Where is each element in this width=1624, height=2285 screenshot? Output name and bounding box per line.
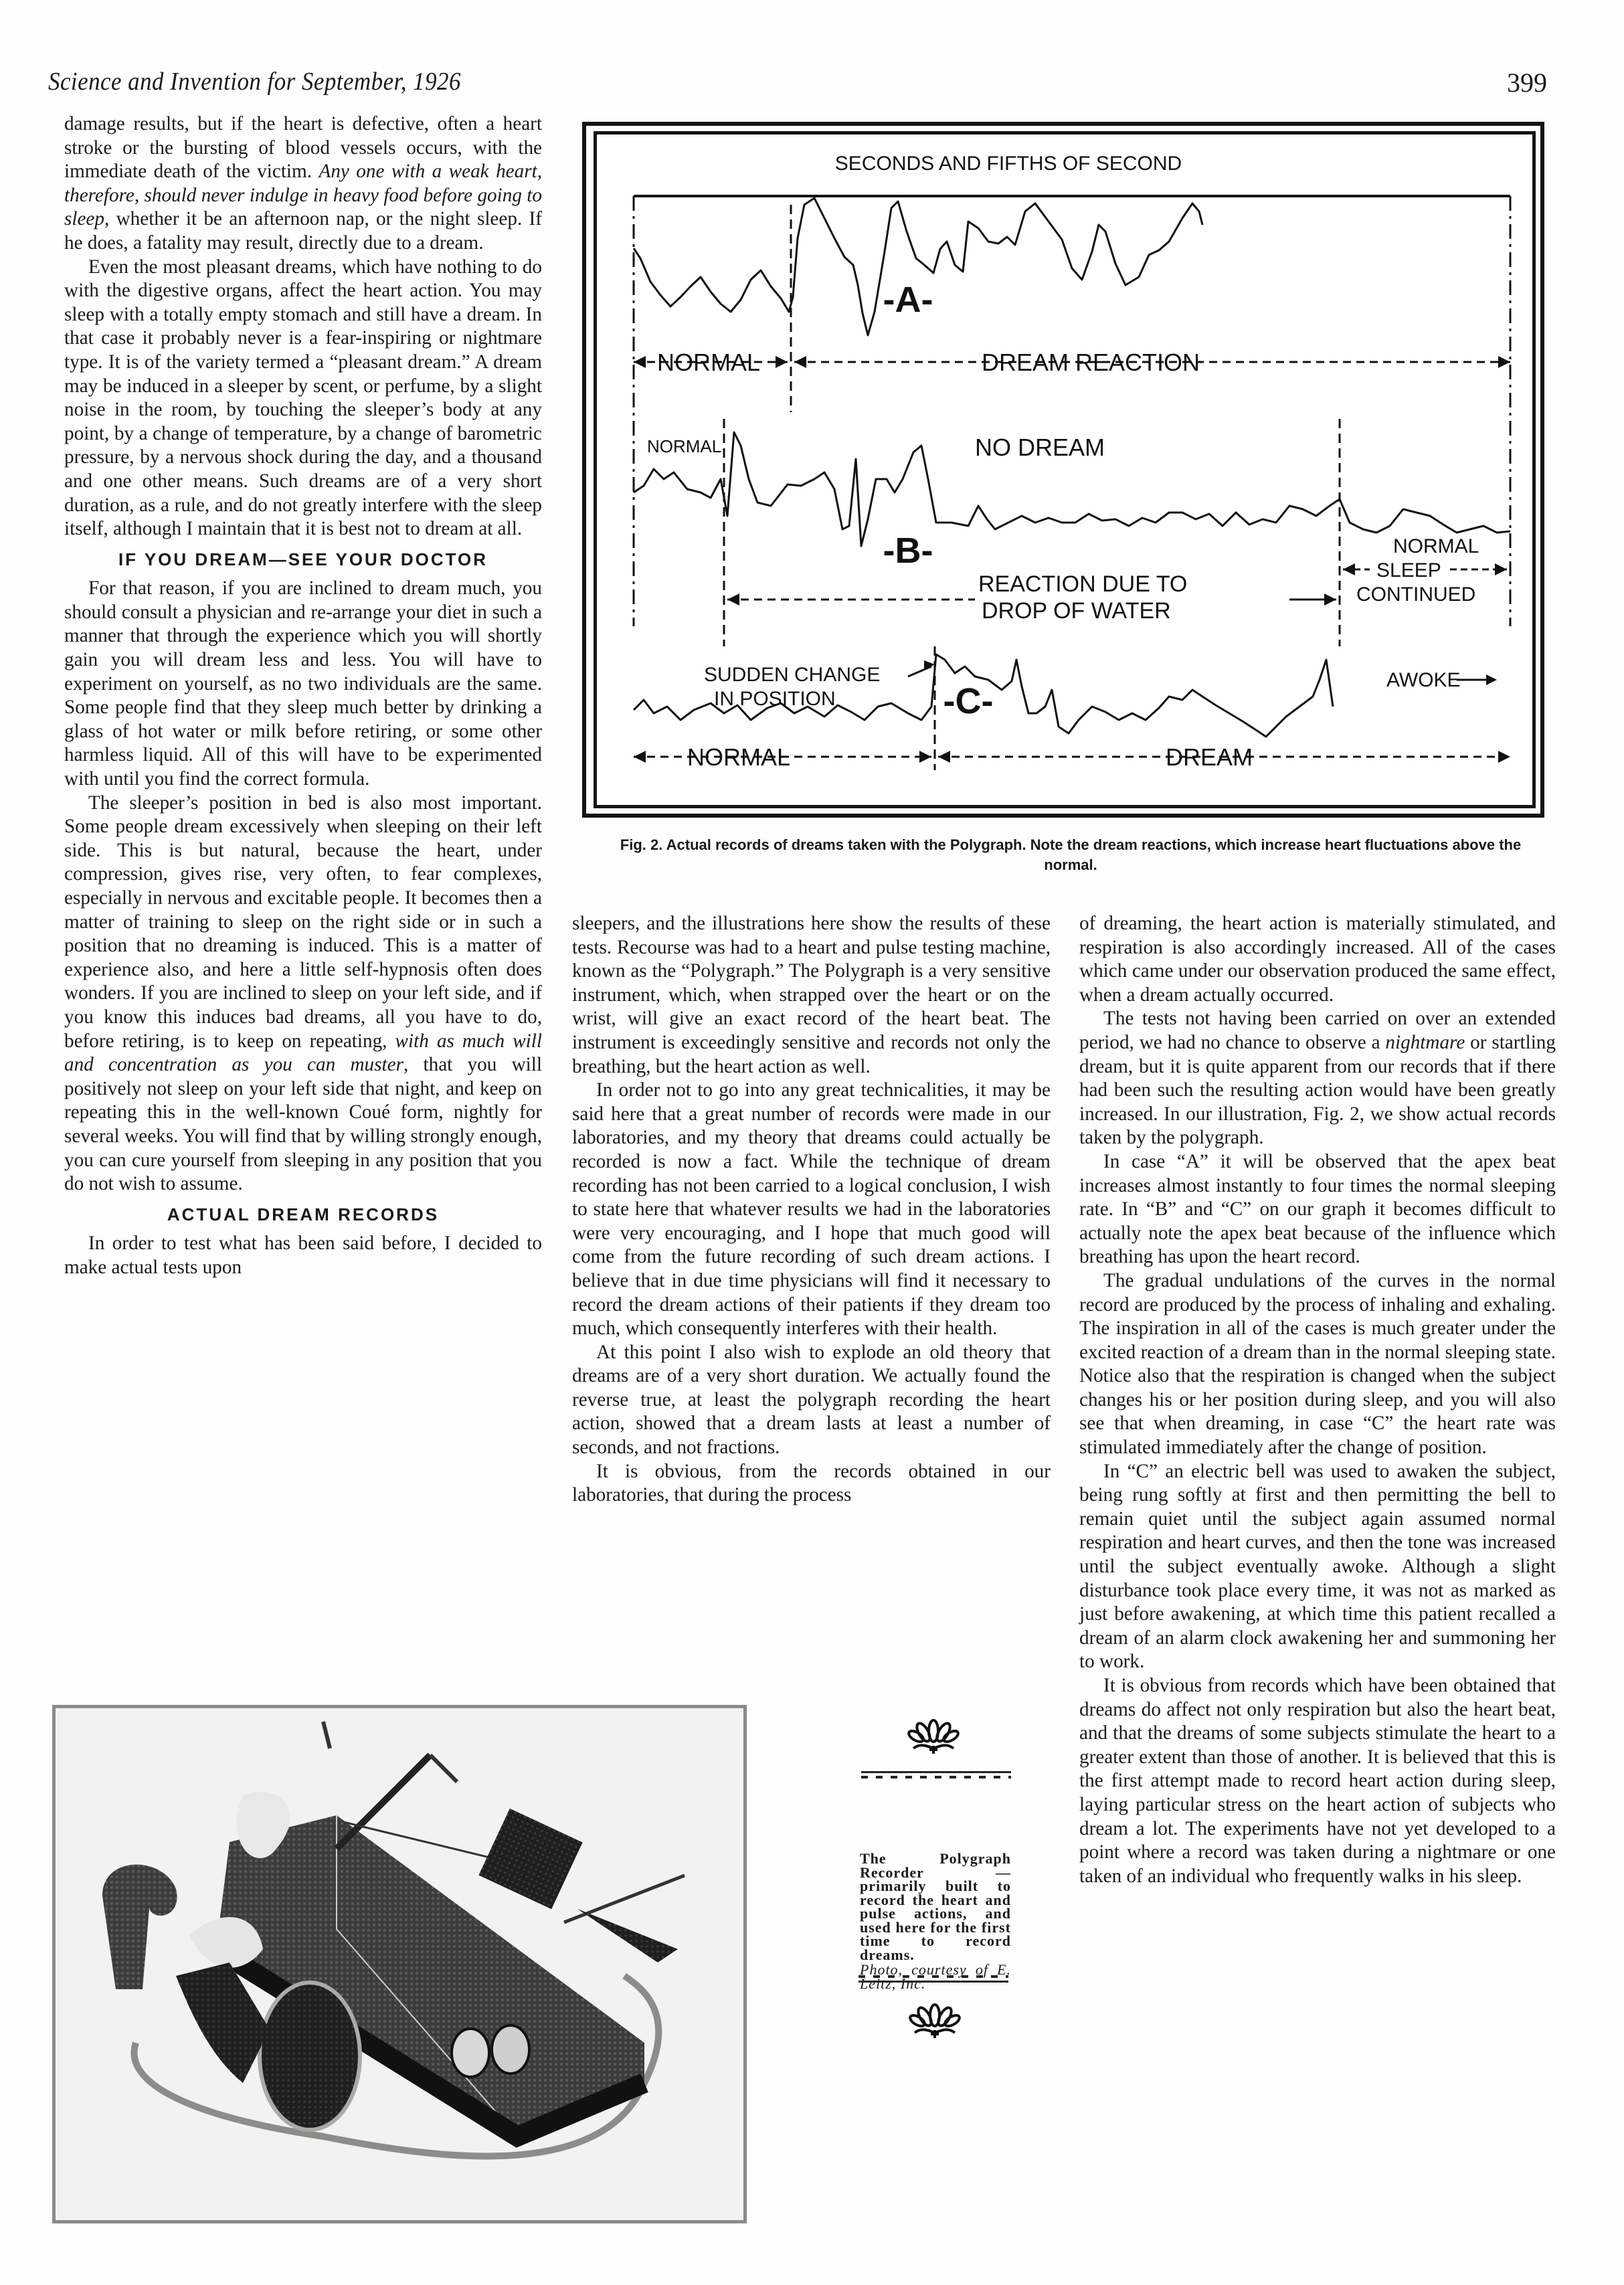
trace-c-dream-label: DREAM (1166, 743, 1253, 771)
trace-c-id: -C- (943, 681, 994, 721)
trace-b-sleep-label-2: SLEEP (1376, 559, 1441, 581)
paragraph: It is obvious, from the records obtained… (572, 1460, 1051, 1507)
paragraph: It is obvious from records which have be… (1079, 1674, 1556, 1888)
divider-dotted (859, 1975, 1008, 1978)
paragraph: The gradual undulations of the curves in… (1079, 1269, 1556, 1460)
trace-a-dream-label: DREAM REACTION (982, 349, 1200, 376)
section-heading: ACTUAL DREAM RECORDS (64, 1203, 542, 1227)
paragraph: In case “A” it will be observed that the… (1079, 1150, 1556, 1269)
photo-caption: The Polygraph Recorder — primarily built… (860, 1852, 1011, 1991)
paragraph: For that reason, if you are inclined to … (64, 577, 542, 791)
polygraph-figure: SECONDS AND FIFTHS OF SECOND -A- NORMAL … (594, 131, 1536, 808)
time-ruler-label: SECONDS AND FIFTHS OF SECOND (835, 153, 1182, 175)
trace-a-id: -A- (883, 280, 933, 320)
paragraph: of dreaming, the heart action is materia… (1079, 912, 1556, 1007)
divider-rule (859, 1981, 1008, 1983)
paragraph: In “C” an electric bell was used to awak… (1079, 1460, 1556, 1674)
paragraph: At this point I also wish to explode an … (572, 1341, 1051, 1460)
paragraph: The tests not having been carried on ove… (1079, 1007, 1556, 1150)
trace-c-normal-label: NORMAL (687, 743, 790, 771)
floral-ornament-icon (908, 2001, 962, 2039)
polygraph-apparatus-illustration (56, 1708, 743, 2220)
trace-c-position-label-2: IN POSITION (714, 688, 836, 710)
paragraph: damage results, but if the heart is defe… (64, 112, 542, 256)
section-heading: IF YOU DREAM—SEE YOUR DOCTOR (64, 548, 542, 572)
running-title: Science and Invention for September, 192… (48, 67, 461, 96)
divider-dotted (861, 1776, 1011, 1778)
paragraph: In order not to go into any great techni… (572, 1079, 1051, 1341)
trace-b-sleep-label-3: CONTINUED (1356, 583, 1475, 606)
middle-column: sleepers, and the illustrations here sho… (572, 912, 1051, 1507)
floral-ornament-icon (907, 1716, 960, 1755)
trace-b-reaction-label-2: DROP OF WATER (982, 598, 1171, 624)
left-column: damage results, but if the heart is defe… (64, 112, 542, 1280)
trace-c-awoke-label: AWOKE (1386, 669, 1461, 691)
divider-rule (861, 1771, 1011, 1773)
trace-b-sleep-label-1: NORMAL (1393, 535, 1479, 557)
trace-b-title: NO DREAM (975, 434, 1105, 461)
trace-b-id: -B- (883, 531, 933, 571)
paragraph: In order to test what has been said befo… (64, 1232, 542, 1279)
trace-b-reaction-label-1: REACTION DUE TO (978, 571, 1187, 597)
paragraph: sleepers, and the illustrations here sho… (572, 912, 1051, 1079)
right-column: of dreaming, the heart action is materia… (1079, 912, 1556, 1888)
trace-a-normal-label: NORMAL (657, 349, 760, 376)
page-number: 399 (1507, 67, 1547, 98)
paragraph: Even the most pleasant dreams, which hav… (64, 256, 542, 541)
paragraph: The sleeper’s position in bed is also mo… (64, 792, 542, 1196)
figure-caption: Fig. 2. Actual records of dreams taken w… (596, 835, 1546, 875)
photo-caption-text: The Polygraph Recorder — primarily built… (860, 1852, 1011, 1962)
polygraph-photo (52, 1705, 747, 2223)
emphasis: nightmare (1385, 1032, 1465, 1053)
trace-b-normal-label: NORMAL (647, 436, 721, 456)
trace-c-position-label-1: SUDDEN CHANGE (704, 664, 880, 686)
